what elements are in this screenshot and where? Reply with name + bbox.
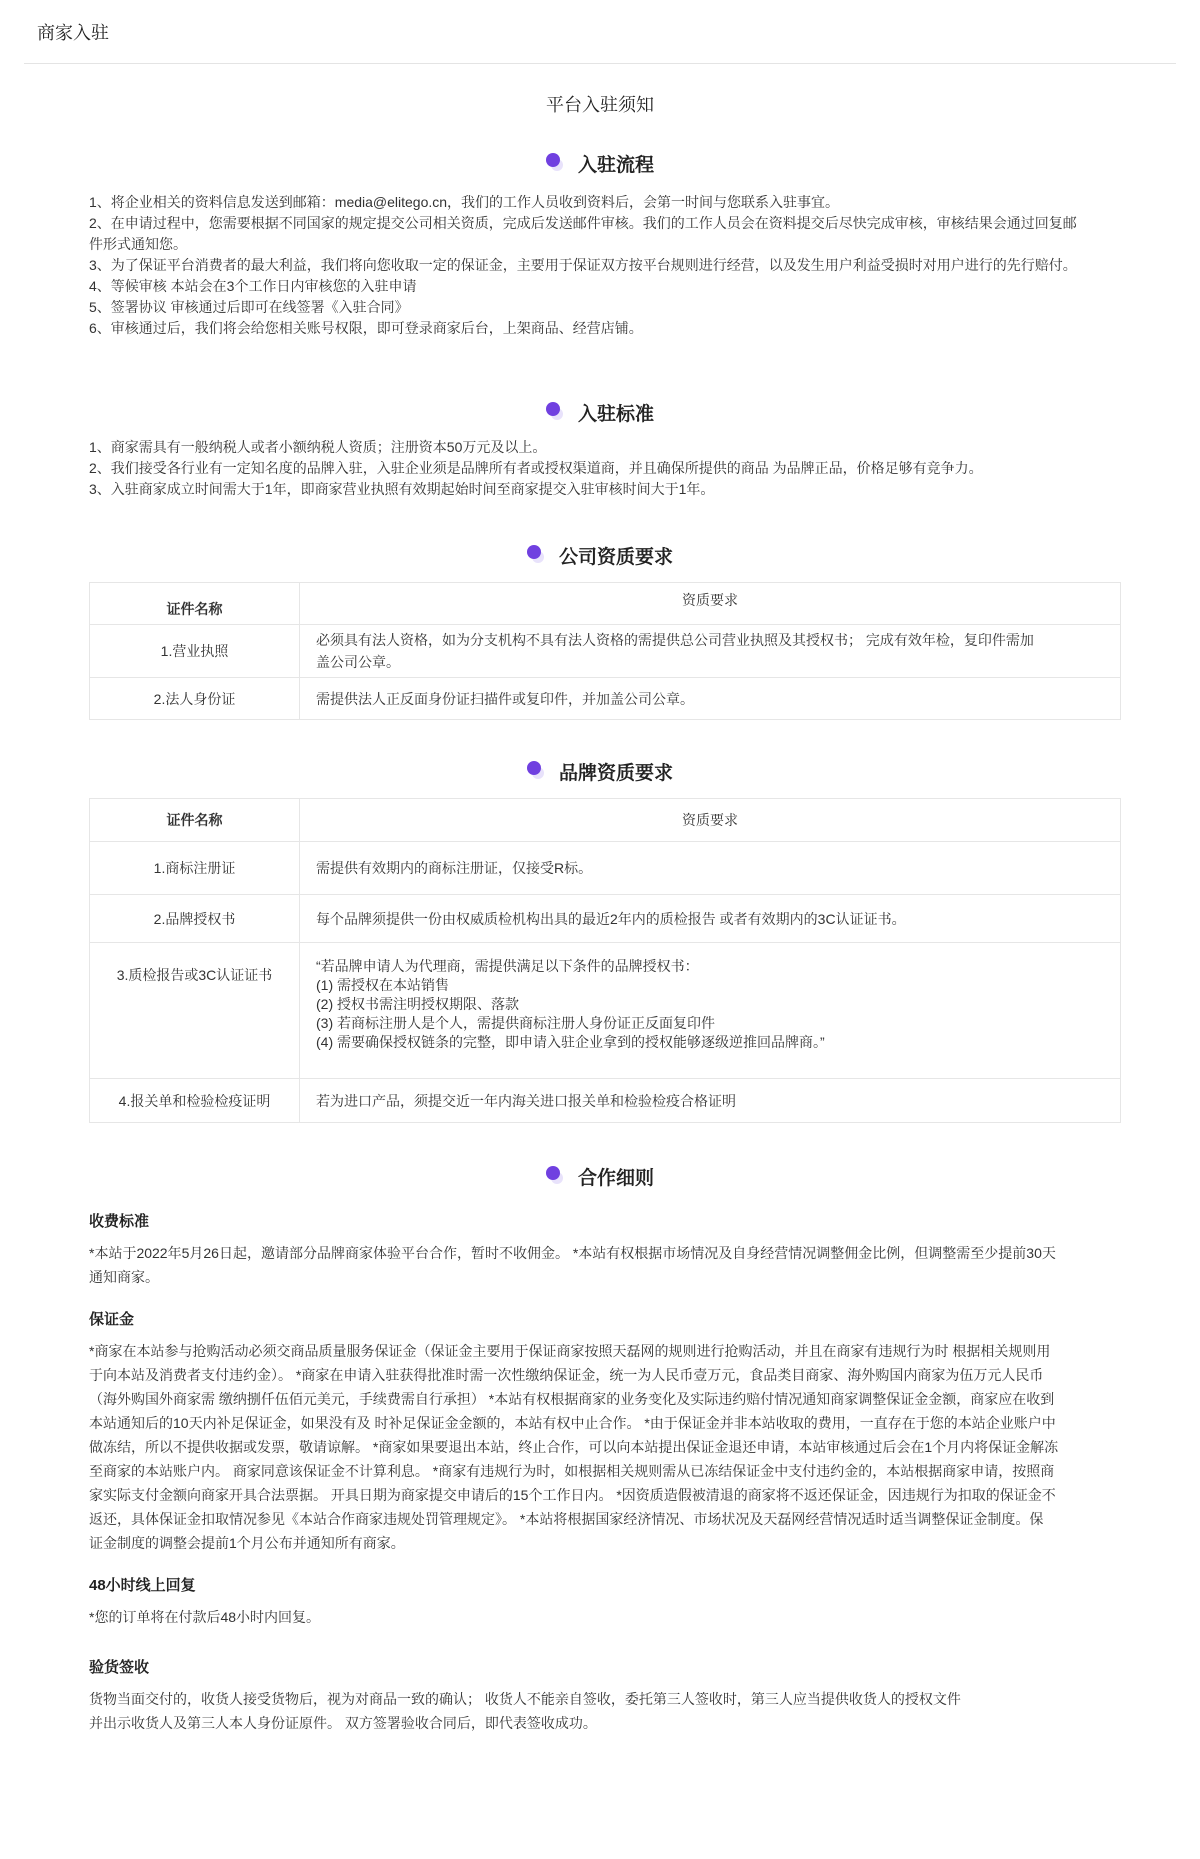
page-title: 商家入驻 (37, 19, 109, 45)
table-header-row: 证件名称 资质要求 (90, 583, 1121, 625)
standard-item: 3、入驻商家成立时间需大于1年，即商家营业执照有效期起始时间至商家提交入驻审核时… (89, 479, 1124, 500)
document-title: 平台入驻须知 (76, 92, 1124, 118)
bullet-dot-icon (527, 545, 547, 565)
notice-content: 平台入驻须知 入驻流程 1、将企业相关的资料信息发送到邮箱：media@elit… (76, 64, 1124, 1735)
column-header-name: 证件名称 (90, 583, 300, 625)
column-header-requirement: 资质要求 (300, 799, 1121, 842)
process-item: 4、等候审核 本站会在3个工作日内审核您的入驻申请 (89, 276, 1124, 297)
table-row: 2.品牌授权书 每个品牌须提供一份由权威质检机构出具的最近2年内的质检报告 或者… (90, 895, 1121, 943)
table-row: 1.营业执照 必须具有法人资格，如为分支机构不具有法人资格的需提供总公司营业执照… (90, 625, 1121, 678)
table-row: 2.法人身份证 需提供法人正反面身份证扫描件或复印件，并加盖公司公章。 (90, 678, 1121, 720)
column-header-requirement: 资质要求 (300, 583, 1121, 625)
bullet-dot-icon (546, 402, 566, 422)
process-list: 1、将企业相关的资料信息发送到邮箱：media@elitego.cn，我们的工作… (76, 192, 1124, 339)
cert-requirement: 需提供法人正反面身份证扫描件或复印件，并加盖公司公章。 (300, 678, 1121, 720)
company-qualification-table: 证件名称 资质要求 1.营业执照 必须具有法人资格，如为分支机构不具有法人资格的… (89, 582, 1121, 720)
section-heading-process: 入驻流程 (76, 148, 1124, 178)
table-row: 3.质检报告或3C认证证书 “若品牌申请人为代理商，需提供满足以下条件的品牌授权… (90, 943, 1121, 1079)
page-header: 商家入驻 (24, 0, 1176, 64)
cert-name: 1.营业执照 (90, 625, 300, 678)
reply-48h-text: *您的订单将在付款后48小时内回复。 (76, 1605, 1124, 1629)
cert-name: 4.报关单和检验检疫证明 (90, 1079, 300, 1123)
section-heading-cooperation: 合作细则 (76, 1161, 1124, 1191)
cert-name: 2.法人身份证 (90, 678, 300, 720)
process-item: 5、签署协议 审核通过后即可在线签署《入驻合同》 (89, 297, 1124, 318)
inspection-signoff-title: 验货签收 (76, 1657, 1124, 1679)
bullet-dot-icon (546, 1166, 566, 1186)
cert-requirement: 必须具有法人资格，如为分支机构不具有法人资格的需提供总公司营业执照及其授权书； … (300, 625, 1121, 678)
standard-list: 1、商家需具有一般纳税人或者小额纳税人资质；注册资本50万元及以上。 2、我们接… (76, 437, 1124, 500)
process-item: 3、为了保证平台消费者的最大利益，我们将向您收取一定的保证金，主要用于保证双方按… (89, 255, 1124, 276)
fee-standard-text: *本站于2022年5月26日起，邀请部分品牌商家体验平台合作，暂时不收佣金。 *… (76, 1241, 1124, 1289)
bullet-dot-icon (527, 761, 547, 781)
table-row: 4.报关单和检验检疫证明 若为进口产品，须提交近一年内海关进口报关单和检验检疫合… (90, 1079, 1121, 1123)
section-heading-standard: 入驻标准 (76, 397, 1124, 427)
brand-qualification-table: 证件名称 资质要求 1.商标注册证 需提供有效期内的商标注册证，仅接受R标。 2… (89, 798, 1121, 1123)
deposit-title: 保证金 (76, 1309, 1124, 1331)
standard-item: 1、商家需具有一般纳税人或者小额纳税人资质；注册资本50万元及以上。 (89, 437, 1124, 458)
cert-requirement: 每个品牌须提供一份由权威质检机构出具的最近2年内的质检报告 或者有效期内的3C认… (300, 895, 1121, 943)
cert-requirement: 需提供有效期内的商标注册证，仅接受R标。 (300, 842, 1121, 895)
standard-item: 2、我们接受各行业有一定知名度的品牌入驻，入驻企业须是品牌所有者或授权渠道商，并… (89, 458, 1124, 479)
section-heading-brand: 品牌资质要求 (76, 756, 1124, 786)
section-heading-company: 公司资质要求 (76, 540, 1124, 570)
process-item: 6、审核通过后，我们将会给您相关账号权限，即可登录商家后台，上架商品、经营店铺。 (89, 318, 1124, 339)
process-item: 1、将企业相关的资料信息发送到邮箱：media@elitego.cn，我们的工作… (89, 192, 1124, 213)
fee-standard-title: 收费标准 (76, 1211, 1124, 1233)
cert-requirement: 若为进口产品，须提交近一年内海关进口报关单和检验检疫合格证明 (300, 1079, 1121, 1123)
reply-48h-title: 48小时线上回复 (76, 1575, 1124, 1597)
process-item: 件形式通知您。 (89, 234, 1124, 255)
table-header-row: 证件名称 资质要求 (90, 799, 1121, 842)
table-row: 1.商标注册证 需提供有效期内的商标注册证，仅接受R标。 (90, 842, 1121, 895)
process-item: 2、在申请过程中，您需要根据不同国家的规定提交公司相关资质，完成后发送邮件审核。… (89, 213, 1124, 234)
cert-name: 2.品牌授权书 (90, 895, 300, 943)
cert-name: 3.质检报告或3C认证证书 (90, 943, 300, 1079)
cert-requirement: “若品牌申请人为代理商，需提供满足以下条件的品牌授权书： (1) 需授权在本站销… (300, 943, 1121, 1079)
inspection-signoff-text: 货物当面交付的，收货人接受货物后，视为对商品一致的确认； 收货人不能亲自签收，委… (76, 1687, 1124, 1735)
bullet-dot-icon (546, 153, 566, 173)
column-header-name: 证件名称 (90, 799, 300, 842)
deposit-text: *商家在本站参与抢购活动必须交商品质量服务保证金（保证金主要用于保证商家按照天磊… (76, 1339, 1124, 1555)
cert-name: 1.商标注册证 (90, 842, 300, 895)
